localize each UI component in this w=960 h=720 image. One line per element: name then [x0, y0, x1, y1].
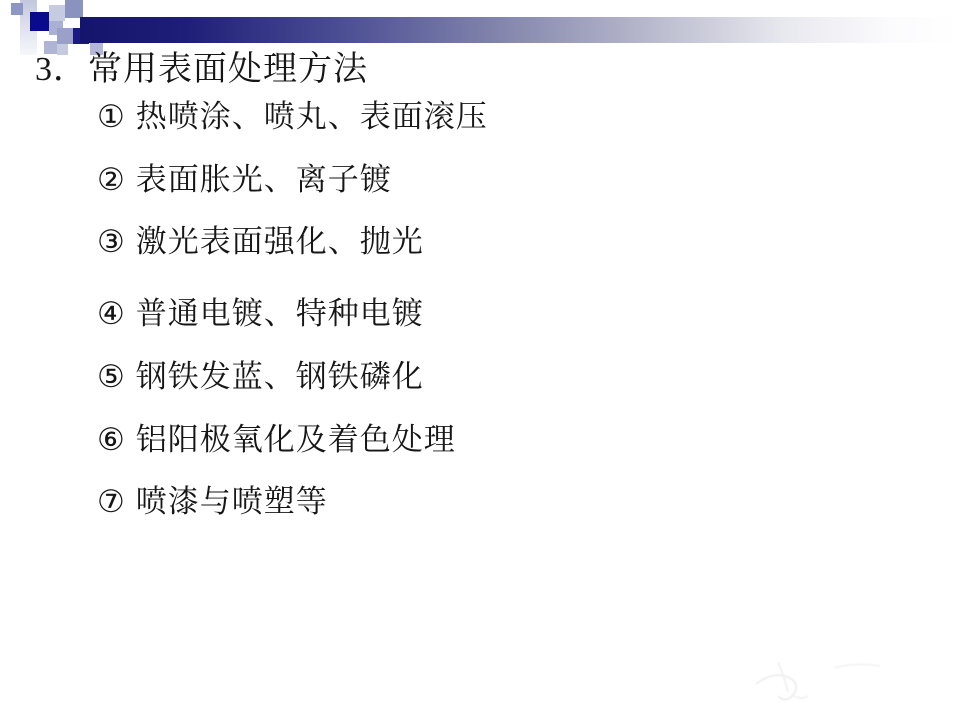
pixel-square — [30, 12, 49, 31]
circled-number-marker: ③ — [97, 224, 126, 259]
circled-number-marker: ④ — [97, 296, 126, 331]
pixel-square — [49, 5, 65, 21]
pixel-square — [65, 0, 83, 18]
header-gradient-bar — [80, 17, 960, 43]
circled-number-marker: ⑤ — [97, 359, 126, 394]
pixel-square — [57, 28, 73, 44]
list-item: ④普通电镀、特种电镀 — [97, 295, 424, 332]
list-item-text: 表面胀光、离子镀 — [136, 162, 392, 197]
list-item: ⑤钢铁发蓝、钢铁磷化 — [97, 358, 424, 395]
list-item: ②表面胀光、离子镀 — [97, 161, 392, 198]
list-item-text: 喷漆与喷塑等 — [136, 484, 328, 519]
list-item-text: 铝阳极氧化及着色处理 — [136, 422, 456, 457]
circled-number-marker: ⑦ — [97, 484, 126, 519]
list-item: ③激光表面强化、抛光 — [97, 223, 424, 260]
pixel-square — [11, 3, 23, 15]
list-item-text: 热喷涂、喷丸、表面滚压 — [136, 99, 488, 134]
list-item-text: 钢铁发蓝、钢铁磷化 — [136, 359, 424, 394]
page-title: 3．常用表面处理方法 — [35, 50, 368, 90]
list-item: ⑦喷漆与喷塑等 — [97, 483, 328, 520]
presentation-slide: 3．常用表面处理方法 ①热喷涂、喷丸、表面滚压 ②表面胀光、离子镀 ③激光表面强… — [0, 0, 960, 720]
list-item-text: 激光表面强化、抛光 — [136, 224, 424, 259]
circled-number-marker: ⑥ — [97, 422, 126, 457]
list-item-text: 普通电镀、特种电镀 — [136, 296, 424, 331]
circled-number-marker: ① — [97, 99, 126, 134]
circled-number-marker: ② — [97, 162, 126, 197]
list-item: ①热喷涂、喷丸、表面滚压 — [97, 98, 488, 135]
watermark — [748, 642, 938, 714]
list-item: ⑥铝阳极氧化及着色处理 — [97, 421, 456, 458]
